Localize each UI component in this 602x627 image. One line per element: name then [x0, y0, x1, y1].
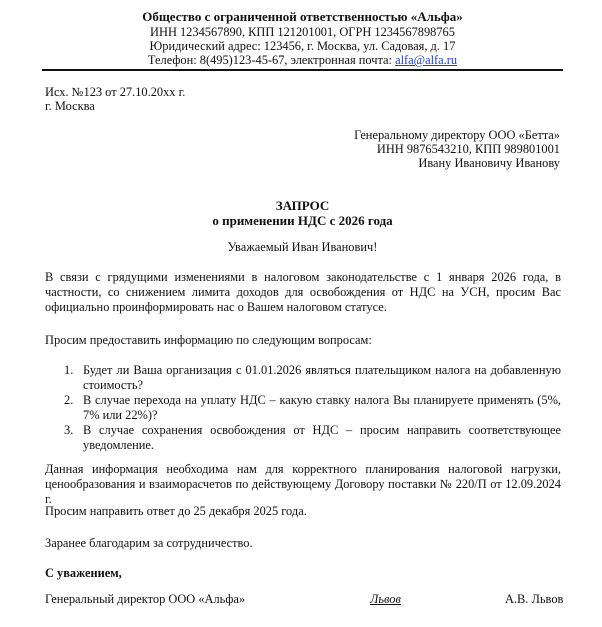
closing-phrase: С уважением,: [45, 566, 122, 581]
list-item: 2. В случае перехода на уплату НДС – как…: [45, 393, 561, 423]
letter-page: Общество с ограниченной ответственностью…: [0, 0, 602, 627]
list-item: 3. В случае сохранения освобождения от Н…: [45, 423, 561, 453]
deadline-paragraph: Просим направить ответ до 25 декабря 202…: [45, 504, 561, 519]
recipient-name: Ивану Ивановичу Иванову: [418, 156, 560, 171]
document-title: ЗАПРОС: [42, 198, 563, 213]
contacts-text: Телефон: 8(495)123-45-67, электронная по…: [148, 53, 395, 67]
purpose-paragraph: Данная информация необходима нам для кор…: [45, 462, 561, 507]
signatory-role: Генеральный директор ООО «Альфа»: [45, 592, 245, 607]
list-item-number: 1.: [64, 363, 73, 378]
list-item-text: Будет ли Ваша организация с 01.01.2026 я…: [83, 363, 561, 392]
questions-list: 1. Будет ли Ваша организация с 01.01.202…: [45, 363, 561, 453]
intro-paragraph: В связи с грядущими изменениями в налого…: [45, 270, 561, 315]
letterhead-divider: [42, 69, 563, 71]
company-legal-address: Юридический адрес: 123456, г. Москва, ул…: [42, 39, 563, 54]
list-item-number: 3.: [64, 423, 73, 438]
handwritten-signature: Львов: [370, 592, 401, 607]
list-item-text: В случае сохранения освобождения от НДС …: [83, 423, 561, 452]
request-paragraph: Просим предоставить информацию по следую…: [45, 333, 561, 348]
greeting: Уважаемый Иван Иванович!: [42, 240, 563, 255]
recipient-registration: ИНН 9876543210, КПП 989801001: [377, 142, 560, 157]
list-item: 1. Будет ли Ваша организация с 01.01.202…: [45, 363, 561, 393]
list-item-text: В случае перехода на уплату НДС – какую …: [83, 393, 561, 422]
email-link[interactable]: alfa@alfa.ru: [395, 53, 457, 67]
outgoing-reference: Исх. №123 от 27.10.20хх г.: [45, 85, 185, 100]
thanks-paragraph: Заранее благодарим за сотрудничество.: [45, 536, 561, 551]
outgoing-city: г. Москва: [45, 99, 95, 114]
company-name: Общество с ограниченной ответственностью…: [42, 9, 563, 24]
company-contacts: Телефон: 8(495)123-45-67, электронная по…: [42, 53, 563, 68]
recipient-position: Генеральному директору ООО «Бетта»: [354, 128, 560, 143]
document-subtitle: о применении НДС с 2026 года: [42, 213, 563, 228]
list-item-number: 2.: [64, 393, 73, 408]
company-registration: ИНН 1234567890, КПП 121201001, ОГРН 1234…: [42, 25, 563, 40]
signatory-name: А.В. Львов: [505, 592, 563, 607]
